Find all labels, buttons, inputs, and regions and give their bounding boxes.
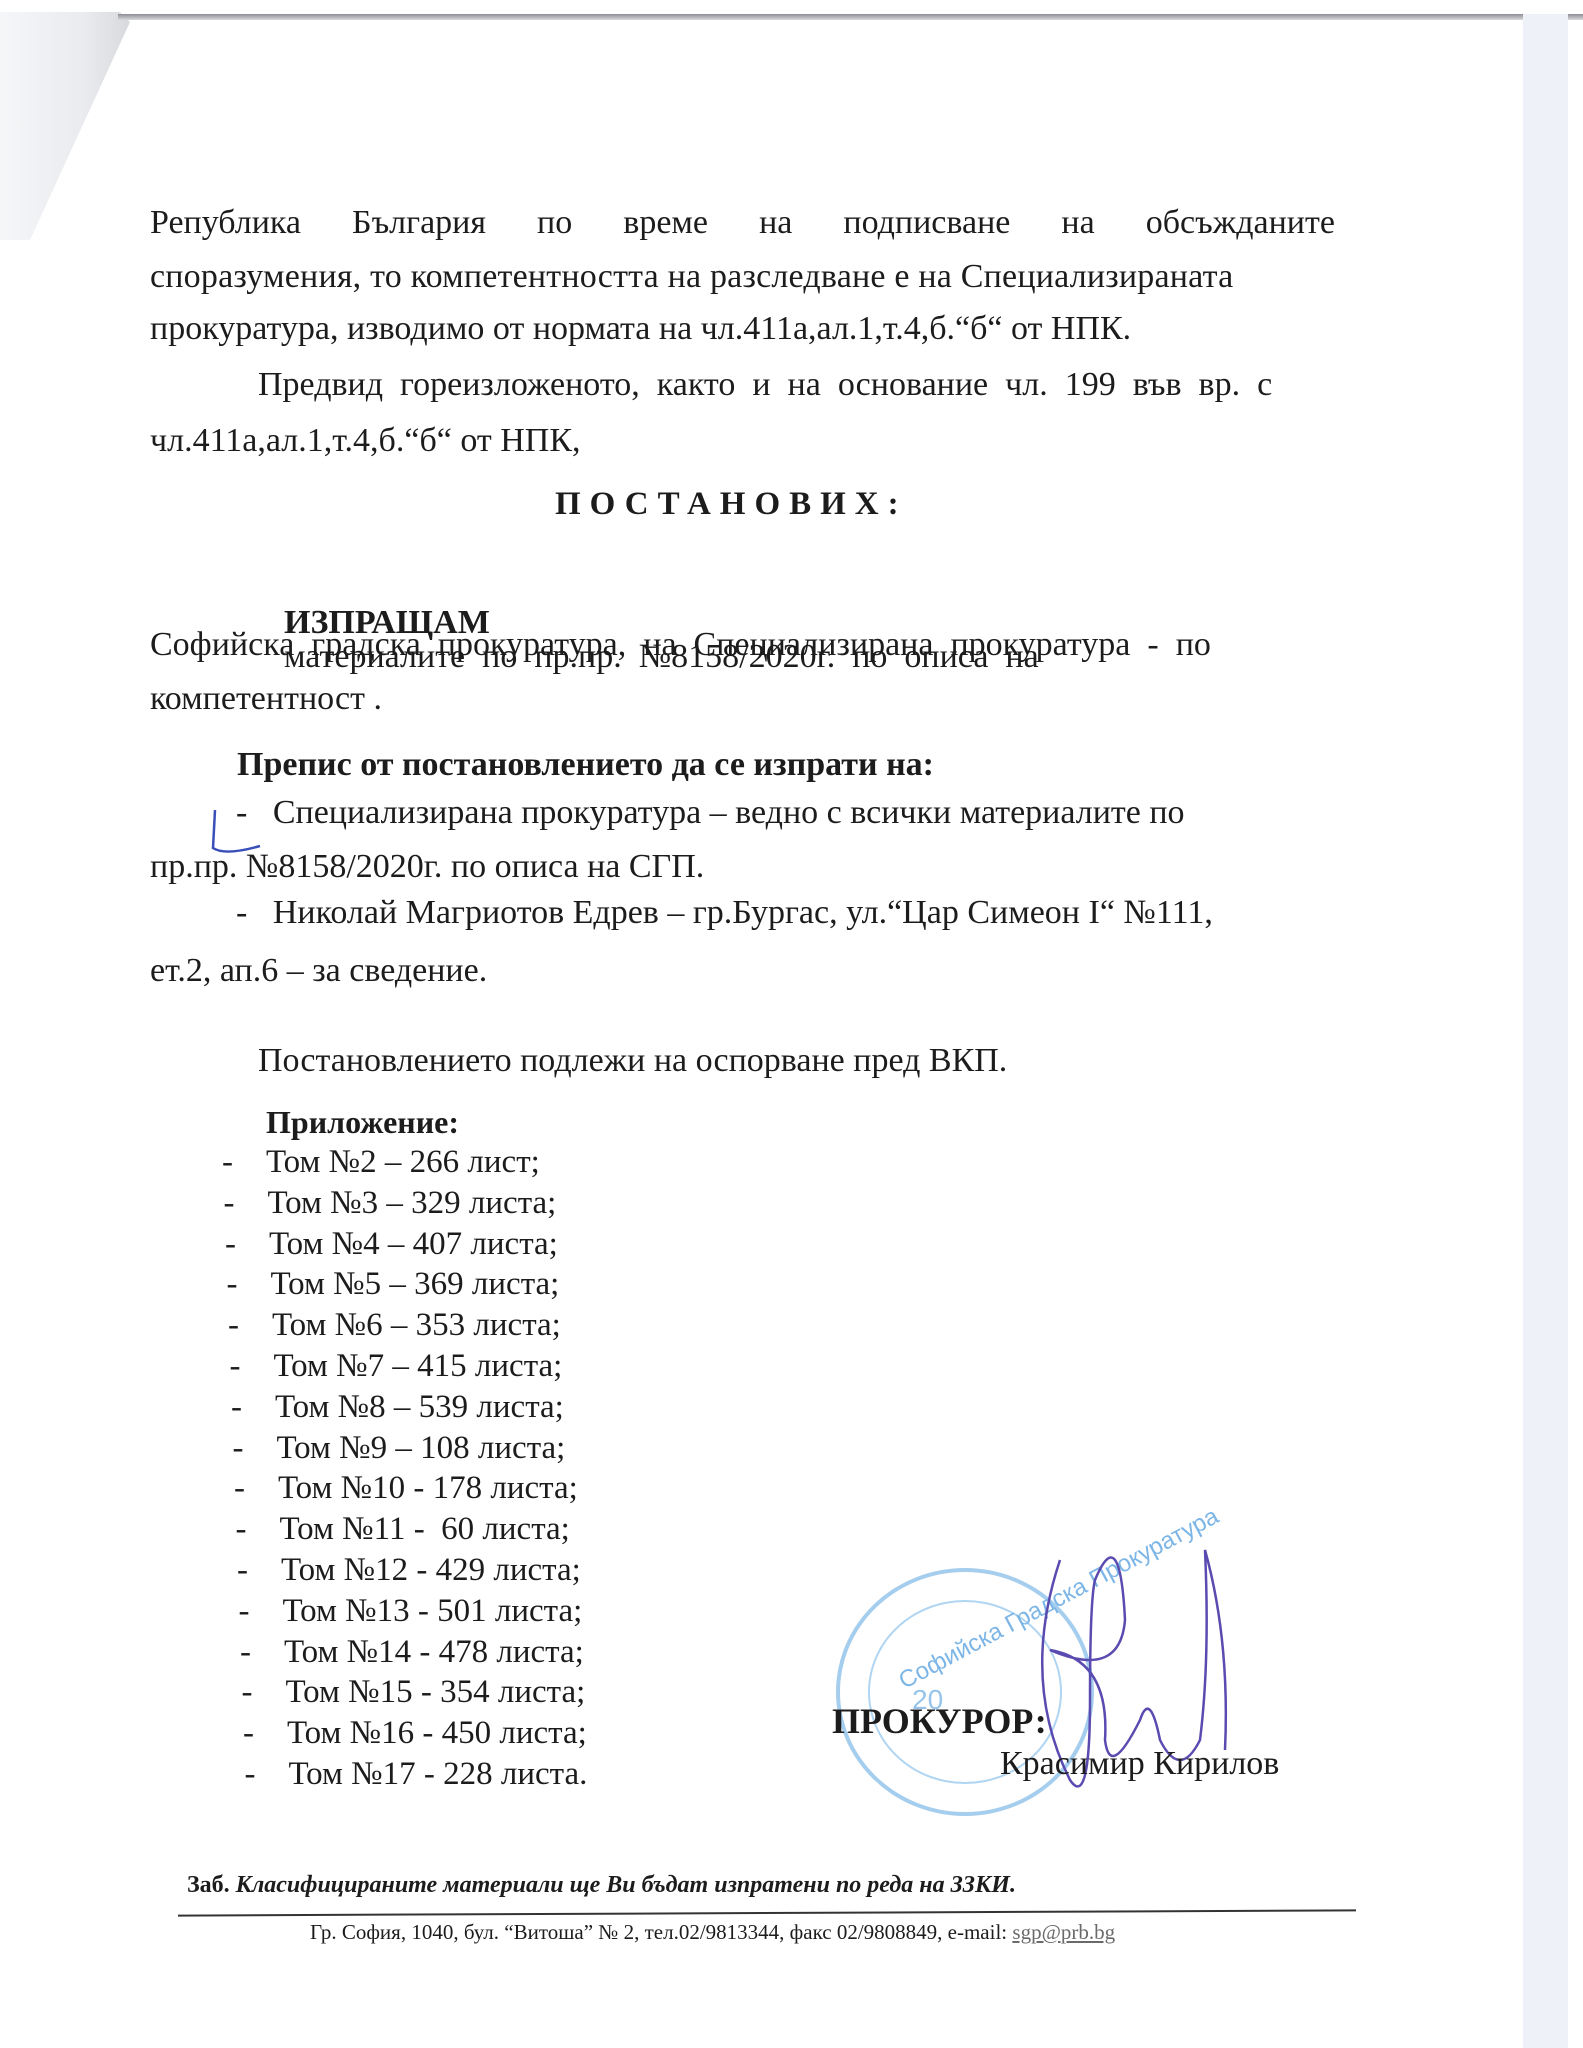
classified-note: Заб. Класифицираните материали ще Ви бъд… [187,1872,1016,1899]
bullet: - [225,1226,269,1263]
annex-title: Приложение: [266,1106,459,1138]
annex-item-text: Том №10 - 178 листа; [278,1470,578,1506]
copy-to-item-2-text: Николай Магриотов Едрев – гр.Бургас, ул.… [273,894,1213,931]
annex-item-text: Том №15 - 354 листа; [286,1674,586,1710]
bullet: - [234,1470,278,1507]
annex-item-text: Том №8 – 539 листа; [275,1389,564,1425]
footer-email-link[interactable]: sgp@prb.bg [1012,1920,1115,1944]
intro-line-2: споразумения, то компетентността на разс… [150,260,1335,294]
copy-to-item-1-text: Специализирана прокуратура – ведно с вси… [273,794,1185,831]
annex-item: -Том №4 – 407 листа; [225,1226,558,1263]
decision-heading: ПОСТАНОВИХ: [555,488,908,521]
annex-item: -Том №16 - 450 листа; [243,1715,587,1752]
intro-word: Република [150,206,301,240]
annex-item: -Том №5 – 369 листа; [227,1266,560,1303]
bullet: - [243,1715,287,1752]
annex-item: -Том №11 - 60 листа; [236,1511,570,1548]
copy-to-item-2-line-2: ет.2, ап.6 – за сведение. [150,954,487,988]
intro-word: България [352,206,486,240]
note-prefix: Заб. [187,1872,230,1898]
intro-word: по [537,206,572,240]
copy-to-title: Препис от постановлението да се изпрати … [237,748,934,782]
appeal-note: Постановлението подлежи на оспорване пре… [258,1044,1007,1078]
annex-item-text: Том №6 – 353 листа; [272,1307,561,1343]
copy-to-item-2-line-1: - Николай Магриотов Едрев – гр.Бургас, у… [236,896,1213,930]
bullet: - [227,1266,271,1303]
annex-item: -Том №13 - 501 листа; [239,1593,583,1630]
annex-item: -Том №15 - 354 листа; [242,1674,586,1711]
intro-line-3: прокуратура, изводимо от нормата на чл.4… [150,312,1131,346]
bullet: - [239,1593,283,1630]
annex-item: -Том №3 – 329 листа; [224,1185,557,1222]
bullet: - [231,1389,275,1426]
annex-item: -Том №2 – 266 лист; [222,1144,540,1181]
footer-address: Гр. София, 1040, бул. “Витоша” № 2, тел.… [310,1920,1012,1944]
annex-item-text: Том №11 - 60 листа; [280,1511,570,1547]
bullet: - [233,1430,277,1467]
annex-item-text: Том №16 - 450 листа; [287,1715,587,1751]
bullet: - [236,1511,280,1548]
intro-word: на [759,206,792,240]
footer-contacts: Гр. София, 1040, бул. “Витоша” № 2, тел.… [310,1920,1115,1945]
decision-line-3: компетентност . [150,682,382,716]
annex-item-text: Том №17 - 228 листа. [289,1756,588,1792]
bullet: - [236,894,247,931]
annex-item-text: Том №5 – 369 листа; [271,1266,560,1302]
annex-item: -Том №8 – 539 листа; [231,1389,564,1426]
annex-item: -Том №17 - 228 листа. [245,1756,588,1793]
annex-item-text: Том №14 - 478 листа; [284,1634,584,1670]
annex-item: -Том №14 - 478 листа; [240,1634,584,1671]
intro-line-1: РепубликаБългарияповременаподписваненаоб… [150,206,1335,240]
annex-item-text: Том №3 – 329 листа; [268,1185,557,1221]
annex-item-text: Том №9 – 108 листа; [277,1430,566,1466]
bullet: - [230,1348,274,1385]
handwritten-check-mark [205,808,265,858]
annex-item-text: Том №12 - 429 листа; [281,1552,581,1588]
bullet: - [240,1634,284,1671]
bullet: - [245,1756,289,1793]
annex-item: -Том №6 – 353 листа; [228,1307,561,1344]
annex-item: -Том №9 – 108 листа; [233,1430,566,1467]
intro-word: на [1061,206,1094,240]
annex-item-text: Том №7 – 415 листа; [274,1348,563,1384]
annex-item: -Том №12 - 429 листа; [237,1552,581,1589]
paragraph-2-line-2: чл.411а,ал.1,т.4,б.“б“ от НПК, [150,424,581,458]
decision-line-2: Софийска градска прокуратура, на Специал… [150,628,1211,662]
annex-item-text: Том №4 – 407 листа; [269,1226,558,1262]
bullet: - [228,1307,272,1344]
copy-to-item-1-line-1: - Специализирана прокуратура – ведно с в… [236,796,1185,830]
prosecutor-role: ПРОКУРОР: [832,1700,1047,1742]
note-text: Класифицираните материали ще Ви бъдат из… [236,1872,1016,1898]
annex-item-text: Том №13 - 501 листа; [283,1593,583,1629]
bullet: - [242,1674,286,1711]
bullet: - [224,1185,268,1222]
prosecutor-name: Красимир Кирилов [1000,1745,1279,1783]
document-page: РепубликаБългарияповременаподписваненаоб… [0,0,1583,2048]
annex-item-text: Том №2 – 266 лист; [266,1144,540,1180]
intro-word: време [623,206,708,240]
footer-divider [178,1909,1356,1916]
intro-word: подписване [843,206,1010,240]
bullet: - [237,1552,281,1589]
annex-item: -Том №10 - 178 листа; [234,1470,578,1507]
intro-word: обсъжданите [1146,206,1335,240]
annex-item: -Том №7 – 415 листа; [230,1348,563,1385]
bullet: - [222,1144,266,1181]
paragraph-2-line-1: Предвид гореизложеното, както и на основ… [258,368,1272,402]
